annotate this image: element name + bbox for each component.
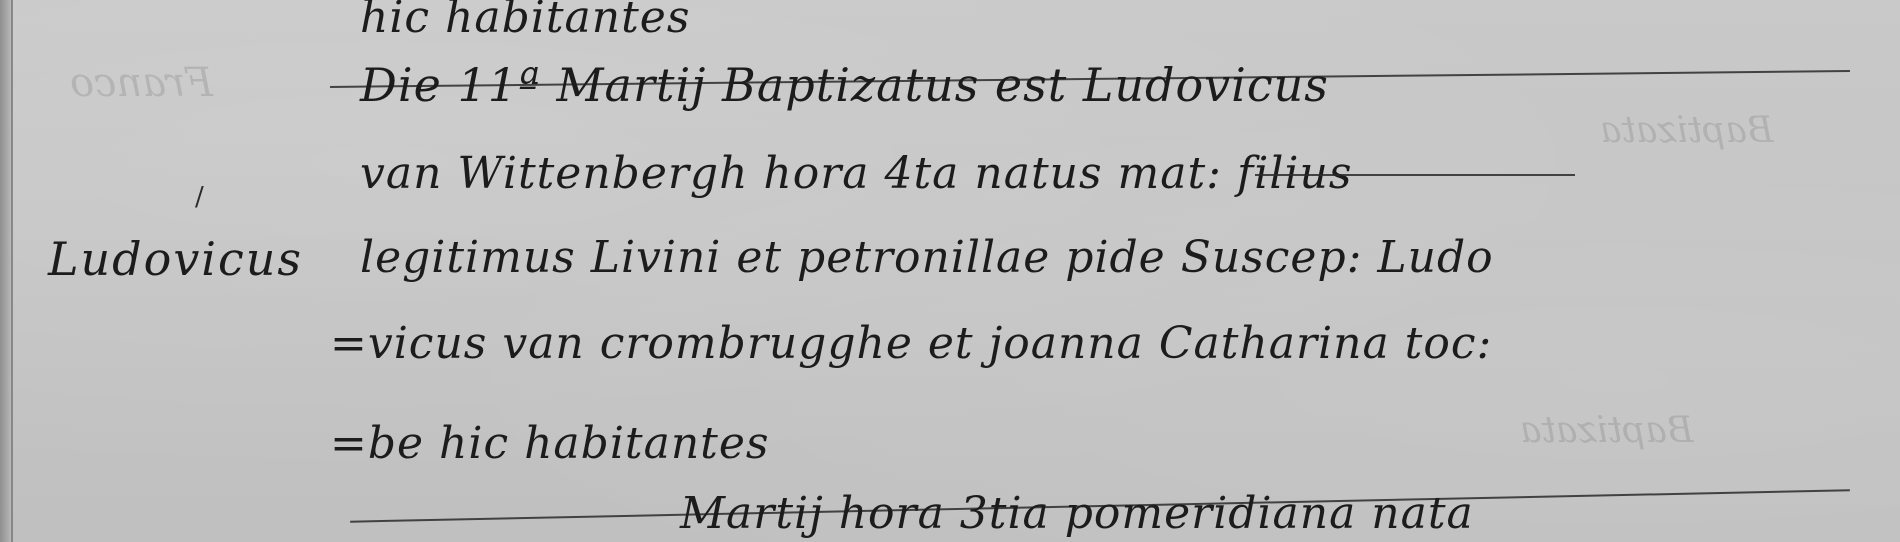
entry-line-6: =be hic habitantes (330, 418, 769, 469)
entry-line-4: legitimus Livini et petronillae pide Sus… (360, 232, 1494, 283)
margin-name: Ludovicus (48, 232, 303, 286)
bleed-through-text: Franco (70, 60, 213, 106)
accent-mark: / (195, 182, 204, 212)
entry-line-5: =vicus van crombrugghe et joanna Cathari… (330, 318, 1492, 369)
entry-line-1: hic habitantes (360, 0, 690, 43)
strikethrough (1255, 174, 1575, 176)
entry-line-7: Martij hora 3tia pomeridiana nata (680, 488, 1474, 539)
bleed-through-text: Baptizata (1600, 110, 1773, 151)
register-page: Franco Baptizata Baptizata Ludovicus hic… (0, 0, 1900, 542)
bleed-through-text: Baptizata (1520, 410, 1693, 451)
gutter-edge-line (11, 0, 13, 542)
entry-line-3: van Wittenbergh hora 4ta natus mat: fili… (360, 148, 1352, 199)
entry-line-2: Die 11ª Martij Baptizatus est Ludovicus (360, 58, 1329, 112)
